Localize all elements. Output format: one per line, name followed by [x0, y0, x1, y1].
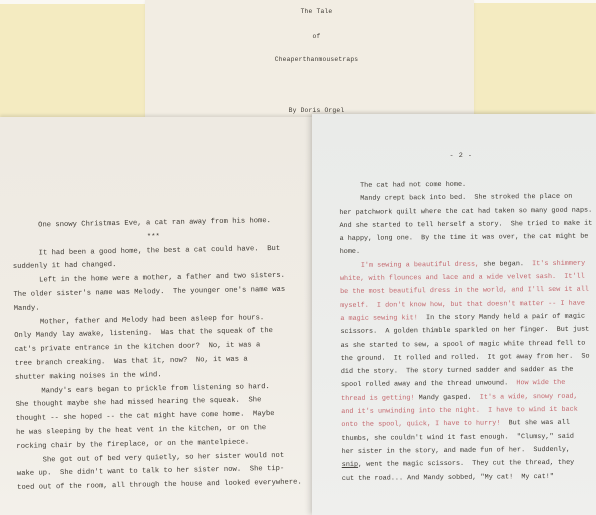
title-line-1: The Tale — [145, 8, 474, 15]
manuscript-photo: The Tale of Cheaperthanmousetraps By Dor… — [0, 0, 596, 515]
red-ink-text: a magic sewing kit! — [340, 314, 418, 323]
typewriter-text: The cat had not come home. — [360, 181, 466, 190]
red-ink-text: It's a wide, snowy road, — [480, 392, 578, 401]
typewriter-text: She got out of bed very quietly, so her … — [43, 451, 285, 464]
typewriter-text: Mandy gasped. — [414, 393, 479, 402]
typewriter-text: suddenly it had changed. — [13, 261, 117, 271]
left-manuscript-page: One snowy Christmas Eve, a cat ran away … — [0, 117, 332, 515]
typewriter-text: Left in the home were a mother, a father… — [39, 272, 285, 285]
typewriter-text: home. — [340, 248, 360, 256]
red-ink-text: thread is getting! — [341, 394, 414, 403]
title-line-3: Cheaperthanmousetraps — [145, 56, 474, 63]
typewriter-text: And she started to tell herself a story.… — [339, 219, 592, 229]
red-ink-text: onto the spool, quick, I have to hurry! — [341, 420, 500, 430]
typewriter-text: The older sister's name was Melody. The … — [13, 286, 285, 299]
typewriter-text: *** — [147, 233, 160, 241]
typewriter-text: did the story. The story turned sadder a… — [341, 366, 574, 376]
red-ink-text: How wide the — [516, 379, 565, 387]
typewriter-text: the ground. It rolled and rolled. It got… — [341, 352, 590, 362]
red-ink-text: I'm sewing a beautiful dress, — [361, 260, 483, 269]
typewriter-text: she began. — [483, 260, 532, 268]
typewriter-text: toed out of the room, all through the ho… — [17, 479, 302, 492]
typewriter-text: , went the magic scissors. They cut the … — [358, 459, 574, 469]
manuscript-line: snip, went the magic scissors. They cut … — [342, 457, 593, 473]
typewriter-text: as she started to sew, a spool of magic … — [341, 339, 586, 349]
typewriter-text: cat's private entrance in the kitchen do… — [14, 341, 260, 354]
typewriter-text: She thought maybe she had missed hearing… — [15, 397, 261, 410]
red-ink-text: white, with flounces and lace and a wide… — [340, 273, 585, 283]
folder-left — [0, 4, 146, 118]
typewriter-text: spool rolled away and the thread unwound… — [341, 380, 516, 390]
typewriter-text: In the story Mandy held a pair of magic — [418, 313, 585, 323]
typewriter-text: Mandy crept back into bed. She stroked t… — [360, 193, 572, 203]
folder-right — [473, 3, 596, 116]
typewriter-text: tree branch creaking. Was that it, now? … — [15, 355, 248, 367]
red-ink-text: and it's unwinding into the night. I hav… — [341, 406, 578, 416]
page-number: - 2 - — [312, 152, 596, 160]
typewriter-text: Mandy. — [14, 304, 40, 312]
typewriter-text: But she was all — [500, 419, 569, 428]
typewriter-text: Mother, father and Melody had been aslee… — [40, 314, 264, 326]
typewriter-text: thumbs, she couldn't wind it fast enough… — [341, 432, 574, 442]
typewriter-text: her sister in the story, and made fun of… — [342, 446, 570, 456]
typewriter-text: rocking chair by the fireplace, or on th… — [16, 438, 249, 450]
typewriter-text: shutter making noises in the wind. — [15, 371, 162, 382]
typewriter-text: her patchwork quilt where the cat had ta… — [339, 206, 592, 216]
red-ink-text: myself. I don't know how, but that doesn… — [340, 299, 585, 309]
typewriter-text: Mandy's ears began to prickle from liste… — [41, 383, 270, 395]
typewriter-text: a happy, long one. By the time it was ov… — [340, 233, 589, 243]
byline: By Doris Orgel — [145, 107, 474, 114]
typewriter-text: One snowy Christmas Eve, a cat ran away … — [38, 217, 271, 229]
right-page-text: The cat had not come home.Mandy crept ba… — [339, 178, 593, 486]
manuscript-line: cut the road... And Mandy sobbed, "My ca… — [342, 470, 593, 486]
typewriter-text: scissors. A golden thimble sparkled on h… — [340, 326, 589, 336]
typewriter-text: he was sleeping by the heat vent in the … — [16, 424, 266, 437]
typewriter-text: wake up. She didn't want to talk to her … — [17, 465, 285, 478]
right-manuscript-page: - 2 - The cat had not come home.Mandy cr… — [312, 114, 596, 515]
red-ink-text: It's shimmery — [532, 259, 585, 268]
typewriter-text: Only Mandy lay awake, listening. Was tha… — [14, 327, 273, 340]
typewriter-text: thought -- she hoped -- the cat might ha… — [16, 410, 275, 423]
typewriter-text: cut the road... And Mandy sobbed, "My ca… — [342, 472, 554, 482]
left-page-text: One snowy Christmas Eve, a cat ran away … — [12, 214, 329, 496]
typewriter-text: It had been a good home, the best a cat … — [39, 244, 281, 257]
title-line-2: of — [145, 33, 474, 40]
typewriter-text: snip — [342, 461, 358, 469]
red-ink-text: be the most beautiful dress in the world… — [340, 286, 589, 296]
